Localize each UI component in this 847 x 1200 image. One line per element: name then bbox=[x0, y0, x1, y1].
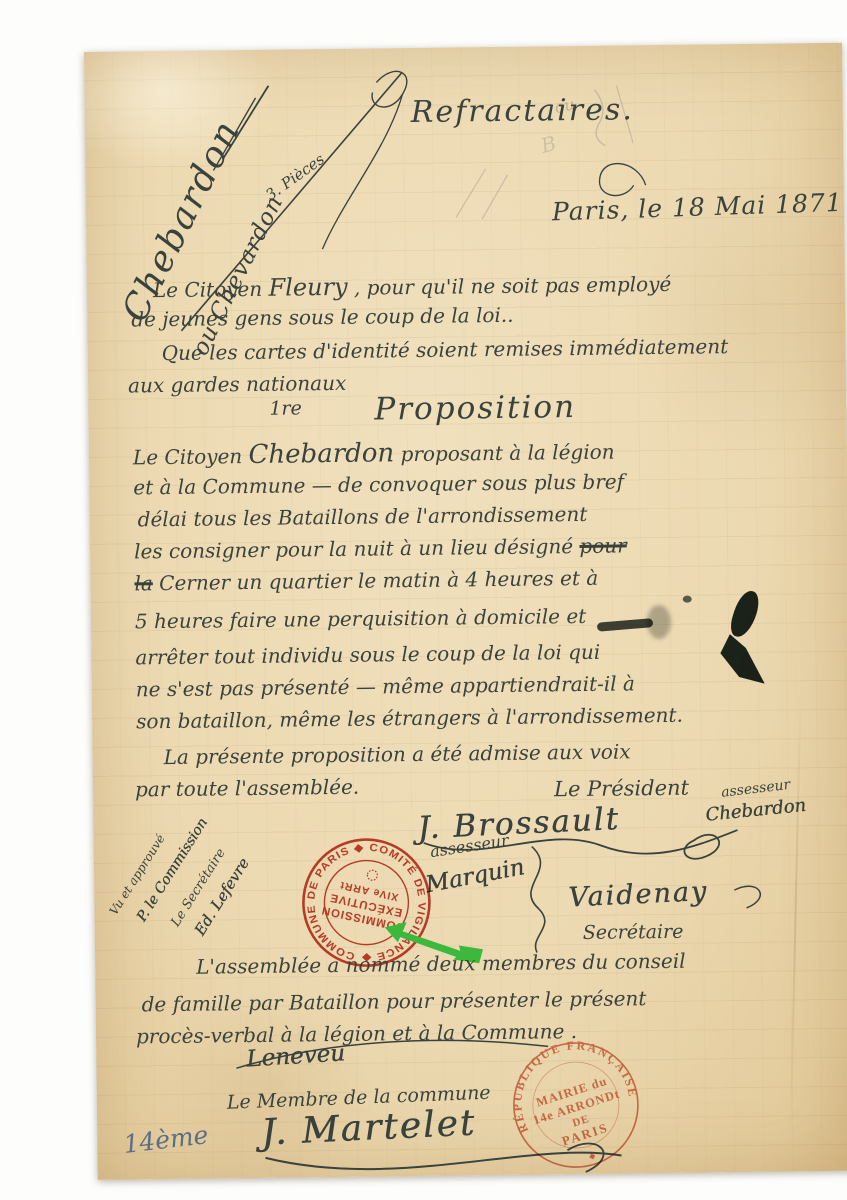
assessor-right-signature: Chebardon bbox=[705, 797, 807, 825]
member-signature-flourish: Leneveu bbox=[246, 1042, 346, 1071]
body-line: de jeunes gens sous le coup de la loi.. bbox=[131, 305, 514, 330]
body-line: ne s'est pas présenté — même appartiendr… bbox=[136, 673, 635, 699]
body-line: délai tous les Bataillons de l'arrondiss… bbox=[138, 504, 588, 529]
ink-smudge bbox=[647, 605, 671, 639]
body-line: procès-verbal à la légion et à la Commun… bbox=[136, 1021, 577, 1046]
ink-blot bbox=[727, 588, 762, 640]
struck-word: pour bbox=[579, 533, 627, 558]
pencil-scribble-b: B bbox=[539, 133, 558, 156]
body-line: L'assemblée a nommé deux membres du cons… bbox=[196, 951, 686, 977]
president-title: Le Président bbox=[554, 778, 689, 801]
body-text: Le Citoyen bbox=[153, 277, 269, 302]
body-text: les consigner pour la nuit à un lieu dés… bbox=[134, 534, 580, 563]
body-line: Que les cartes d'identité soient remises… bbox=[162, 336, 729, 363]
body-text: , pour qu'il ne soit pas employé bbox=[347, 272, 671, 300]
proposition-number: 1re bbox=[269, 399, 302, 418]
ink-smear bbox=[597, 618, 654, 632]
body-line: et à la Commune — de convoquer sous plus… bbox=[133, 471, 624, 497]
proposition-title: Proposition bbox=[374, 392, 576, 425]
member-name-signature: J. Martelet bbox=[260, 1106, 477, 1152]
body-line: par toute l'assemblée. bbox=[135, 777, 359, 800]
body-line: La présente proposition a été admise aux… bbox=[163, 741, 630, 767]
body-text: Le Citoyen bbox=[133, 444, 249, 469]
body-line: 5 heures faire une perquisition à domici… bbox=[135, 606, 587, 632]
body-line: aux gardes nationaux bbox=[128, 373, 346, 396]
name-fleury: Fleury bbox=[268, 273, 347, 302]
body-text: proposant à la légion bbox=[394, 440, 615, 467]
paper-crease bbox=[789, 683, 801, 1143]
body-line: la Cerner un quartier le matin à 4 heure… bbox=[134, 568, 598, 594]
ink-dot bbox=[683, 596, 692, 603]
body-text: Cerner un quartier le matin à 4 heures e… bbox=[153, 566, 599, 595]
stamp-ornament bbox=[366, 869, 378, 881]
body-line: son bataillon, même les étrangers à l'ar… bbox=[136, 705, 683, 732]
letter-sheet: Chebardon ou Chevardon 3. Pièces ou B Re… bbox=[84, 43, 847, 1180]
body-line: de famille par Bataillon pour présenter … bbox=[142, 988, 647, 1014]
scanned-document-page: { "document_type": "scanned handwritten … bbox=[0, 0, 847, 1200]
secretary-title: Secrétaire bbox=[583, 923, 684, 943]
stamp-ornament: ◆ bbox=[588, 1150, 598, 1162]
body-line: Le Citoyen Chebardon proposant à la légi… bbox=[133, 438, 615, 470]
body-line: Le Citoyen Fleury , pour qu'il ne soit p… bbox=[153, 271, 672, 301]
name-chebardon: Chebardon bbox=[248, 438, 394, 470]
struck-word: la bbox=[134, 571, 153, 595]
body-line: arrêter tout individu sous le coup de la… bbox=[135, 642, 600, 668]
dateline: Paris, le 18 Mai 1871. bbox=[552, 190, 847, 225]
pieces-note: 3. Pièces bbox=[263, 152, 327, 204]
arrondissement-note: 14ème bbox=[122, 1122, 209, 1157]
body-line: les consigner pour la nuit à un lieu dés… bbox=[134, 535, 627, 561]
page-title: Refractaires. bbox=[411, 95, 634, 128]
ink-blot bbox=[720, 634, 765, 685]
secretary-signature: Vaidenay bbox=[568, 878, 709, 912]
paper-stain bbox=[84, 43, 275, 173]
